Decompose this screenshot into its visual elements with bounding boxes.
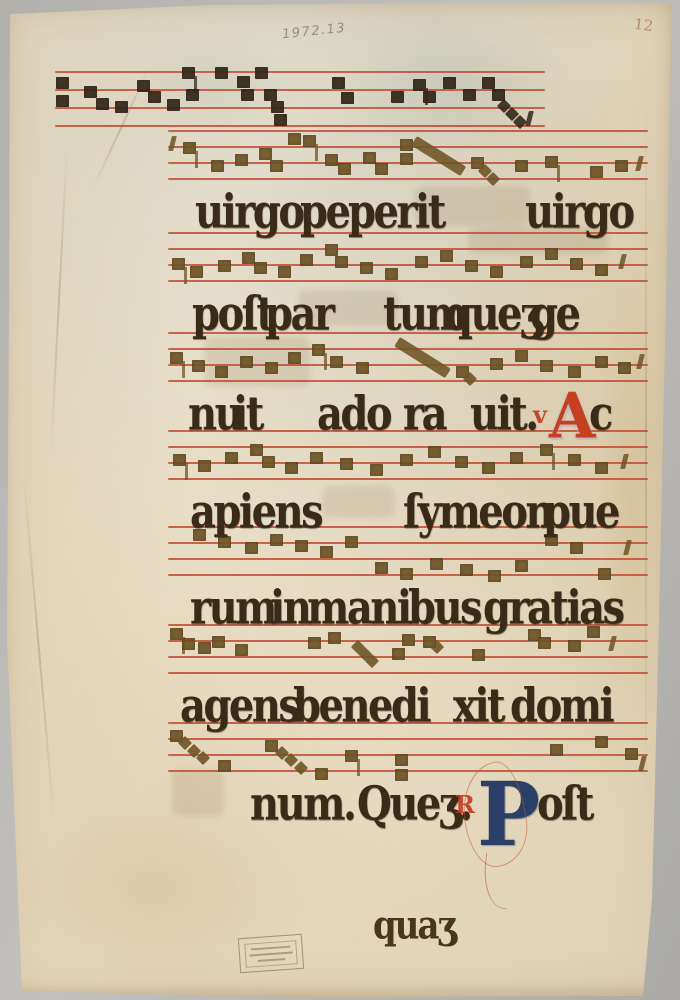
- custos-mark: [618, 254, 627, 269]
- note-punctum: [595, 356, 608, 368]
- note-punctum: [288, 133, 301, 145]
- note-punctum: [570, 258, 583, 270]
- note-punctum: [391, 91, 404, 103]
- note-punctum: [225, 452, 238, 464]
- parchment-crease: [50, 140, 68, 460]
- note-punctum: [340, 458, 353, 470]
- staff-line: [168, 130, 648, 132]
- chant-text-word: it: [233, 386, 262, 441]
- note-punctum: [356, 362, 369, 374]
- note-punctum: [540, 360, 553, 372]
- note-diamond: [294, 761, 308, 775]
- note-punctum: [215, 366, 228, 378]
- leaf: 1972.13 12 quaʒ uirgopeperituirgopoſtpar…: [0, 0, 680, 1000]
- note-punctum: [235, 154, 248, 166]
- note-punctum: [300, 254, 313, 266]
- chant-text-line-2: poſtpartumqueʒge: [175, 286, 655, 346]
- note-virga: [172, 258, 185, 270]
- note-punctum: [400, 454, 413, 466]
- chant-text-word: poſt: [192, 286, 272, 341]
- library-stamp: [238, 934, 304, 973]
- note-punctum: [550, 744, 563, 756]
- chant-text-line-1: uirgopeperituirgo: [175, 184, 655, 244]
- staff-line: [168, 770, 648, 772]
- note-punctum: [482, 77, 495, 89]
- chant-text-word: pe: [300, 184, 348, 239]
- note-punctum: [259, 148, 272, 160]
- note-punctum: [375, 562, 388, 574]
- chant-text-word: agens: [180, 678, 298, 733]
- note-ligature: [411, 136, 466, 176]
- custos-mark: [638, 756, 647, 771]
- chant-text-line-7: num.Queʒ.RPoſt: [175, 776, 655, 836]
- chant-text-word: gratias: [483, 580, 623, 635]
- note-punctum: [460, 564, 473, 576]
- staff-line: [55, 107, 545, 109]
- note-punctum: [595, 264, 608, 276]
- chant-text-line-6: agensbenedixitdomi: [175, 678, 655, 738]
- chant-text-word: xit: [453, 678, 503, 733]
- note-punctum: [415, 256, 428, 268]
- note-punctum: [192, 360, 205, 372]
- note-punctum: [237, 76, 250, 88]
- note-punctum: [545, 248, 558, 260]
- note-punctum: [218, 760, 231, 772]
- note-punctum: [590, 166, 603, 178]
- note-punctum: [240, 356, 253, 368]
- folio-number: 12: [633, 15, 654, 35]
- note-punctum: [385, 268, 398, 280]
- accession-number-pencil: 1972.13: [281, 21, 346, 43]
- chant-text-word: Queʒ.: [357, 776, 471, 831]
- note-punctum: [370, 464, 383, 476]
- note-punctum: [56, 77, 69, 89]
- note-punctum: [271, 101, 284, 113]
- note-virga: [345, 750, 358, 762]
- chant-text-word: apiens: [190, 484, 321, 539]
- note-punctum: [625, 748, 638, 760]
- chant-text-line-4: apiensſymeonpue: [175, 484, 655, 544]
- stamp-text-line: [251, 945, 291, 950]
- note-punctum: [215, 67, 228, 79]
- note-virga: [545, 156, 558, 168]
- custos-mark: [636, 354, 645, 369]
- note-punctum: [510, 452, 523, 464]
- note-virga: [183, 142, 196, 154]
- note-punctum: [363, 152, 376, 164]
- chant-text-word: uirgo: [195, 184, 303, 239]
- library-stamp-inner-border: [244, 940, 298, 968]
- note-punctum: [325, 154, 338, 166]
- note-punctum: [320, 546, 333, 558]
- chant-text-word: pue: [543, 484, 618, 539]
- custos-mark: [525, 111, 534, 126]
- note-punctum: [490, 358, 503, 370]
- parchment-crease: [22, 471, 55, 830]
- staff-line: [55, 125, 545, 127]
- note-punctum: [167, 99, 180, 111]
- note-punctum: [515, 350, 528, 362]
- note-punctum: [618, 362, 631, 374]
- note-punctum: [198, 460, 211, 472]
- note-punctum: [264, 89, 277, 101]
- chant-text-word: uirgo: [525, 184, 633, 239]
- chant-text-word: c: [589, 386, 611, 441]
- note-punctum: [440, 250, 453, 262]
- chant-text-word: benedi: [293, 678, 429, 733]
- note-punctum: [482, 462, 495, 474]
- chant-text-word: uit.: [470, 386, 537, 441]
- note-punctum: [423, 91, 436, 103]
- note-punctum: [270, 160, 283, 172]
- note-virga: [413, 79, 426, 91]
- note-punctum: [335, 256, 348, 268]
- note-virga: [170, 352, 183, 364]
- note-punctum: [285, 462, 298, 474]
- chant-text-word: ado: [317, 386, 390, 441]
- chant-text-word: queʒ: [445, 286, 540, 341]
- chant-text-word: oſt: [537, 776, 592, 831]
- note-punctum: [465, 260, 478, 272]
- note-punctum: [115, 101, 128, 113]
- note-virga: [182, 67, 195, 79]
- note-punctum: [392, 648, 405, 660]
- note-punctum: [310, 452, 323, 464]
- chant-text-word: ra: [403, 386, 445, 441]
- chant-text-word: domi: [510, 678, 612, 733]
- note-punctum: [490, 266, 503, 278]
- note-punctum: [515, 560, 528, 572]
- staff-line: [168, 178, 648, 180]
- note-punctum: [325, 244, 338, 256]
- rubric-mark: v: [533, 400, 547, 429]
- note-punctum: [218, 260, 231, 272]
- note-punctum: [198, 642, 211, 654]
- note-punctum: [235, 644, 248, 656]
- chant-text-word: par: [265, 286, 332, 341]
- catchword: quaʒ: [373, 903, 455, 949]
- note-punctum: [332, 77, 345, 89]
- stamp-text-line: [249, 951, 293, 956]
- note-punctum: [241, 89, 254, 101]
- note-punctum: [262, 456, 275, 468]
- note-punctum: [254, 262, 267, 274]
- note-punctum: [360, 262, 373, 274]
- chant-text-word: num.: [250, 776, 354, 831]
- note-punctum: [274, 114, 287, 126]
- note-punctum: [56, 95, 69, 107]
- note-punctum: [568, 640, 581, 652]
- note-punctum: [455, 456, 468, 468]
- staff-line: [168, 738, 648, 740]
- note-punctum: [211, 160, 224, 172]
- note-punctum: [330, 356, 343, 368]
- note-punctum: [520, 256, 533, 268]
- note-punctum: [288, 352, 301, 364]
- staff-line: [168, 478, 648, 480]
- staff-line: [168, 656, 648, 658]
- note-punctum: [265, 362, 278, 374]
- note-punctum: [375, 163, 388, 175]
- chant-text-word: perit: [348, 184, 444, 239]
- chant-text-word: in: [270, 580, 309, 635]
- note-punctum: [338, 163, 351, 175]
- note-punctum: [395, 754, 408, 766]
- chant-text-line-3: nuitadorauit.vAc: [175, 386, 655, 446]
- note-punctum: [430, 558, 443, 570]
- staff-line: [168, 754, 648, 756]
- note-punctum: [186, 89, 199, 101]
- note-punctum: [400, 153, 413, 165]
- staff-line: [168, 280, 648, 282]
- note-punctum: [472, 649, 485, 661]
- chant-text-word: ge: [530, 286, 578, 341]
- chant-text-word: mani: [307, 580, 410, 635]
- note-punctum: [463, 89, 476, 101]
- note-punctum: [595, 462, 608, 474]
- note-punctum: [96, 98, 109, 110]
- note-punctum: [443, 77, 456, 89]
- note-punctum: [148, 91, 161, 103]
- note-punctum: [568, 366, 581, 378]
- note-virga: [173, 454, 186, 466]
- chant-text-word: bus: [408, 580, 480, 635]
- note-virga: [303, 135, 316, 147]
- note-punctum: [568, 454, 581, 466]
- note-punctum: [515, 160, 528, 172]
- note-punctum: [341, 92, 354, 104]
- note-punctum: [400, 568, 413, 580]
- chant-text-word: rum: [190, 580, 275, 635]
- note-punctum: [278, 266, 291, 278]
- note-punctum: [615, 160, 628, 172]
- chant-text-word: ſymeon: [403, 484, 552, 539]
- decorated-initial-P: P: [477, 762, 540, 866]
- stamp-text-line: [257, 958, 285, 962]
- photograph-background: { "annotations": { "accession_number": "…: [0, 0, 680, 1000]
- note-punctum: [428, 446, 441, 458]
- note-punctum: [255, 67, 268, 79]
- custos-mark: [168, 136, 177, 151]
- staff-line: [168, 248, 648, 250]
- note-punctum: [84, 86, 97, 98]
- staff-line: [168, 672, 648, 674]
- note-punctum: [598, 568, 611, 580]
- staff-line: [55, 71, 545, 73]
- staff-line: [168, 558, 648, 560]
- note-punctum: [190, 266, 203, 278]
- chant-text-line-5: ruminmanibusgratias: [175, 580, 655, 640]
